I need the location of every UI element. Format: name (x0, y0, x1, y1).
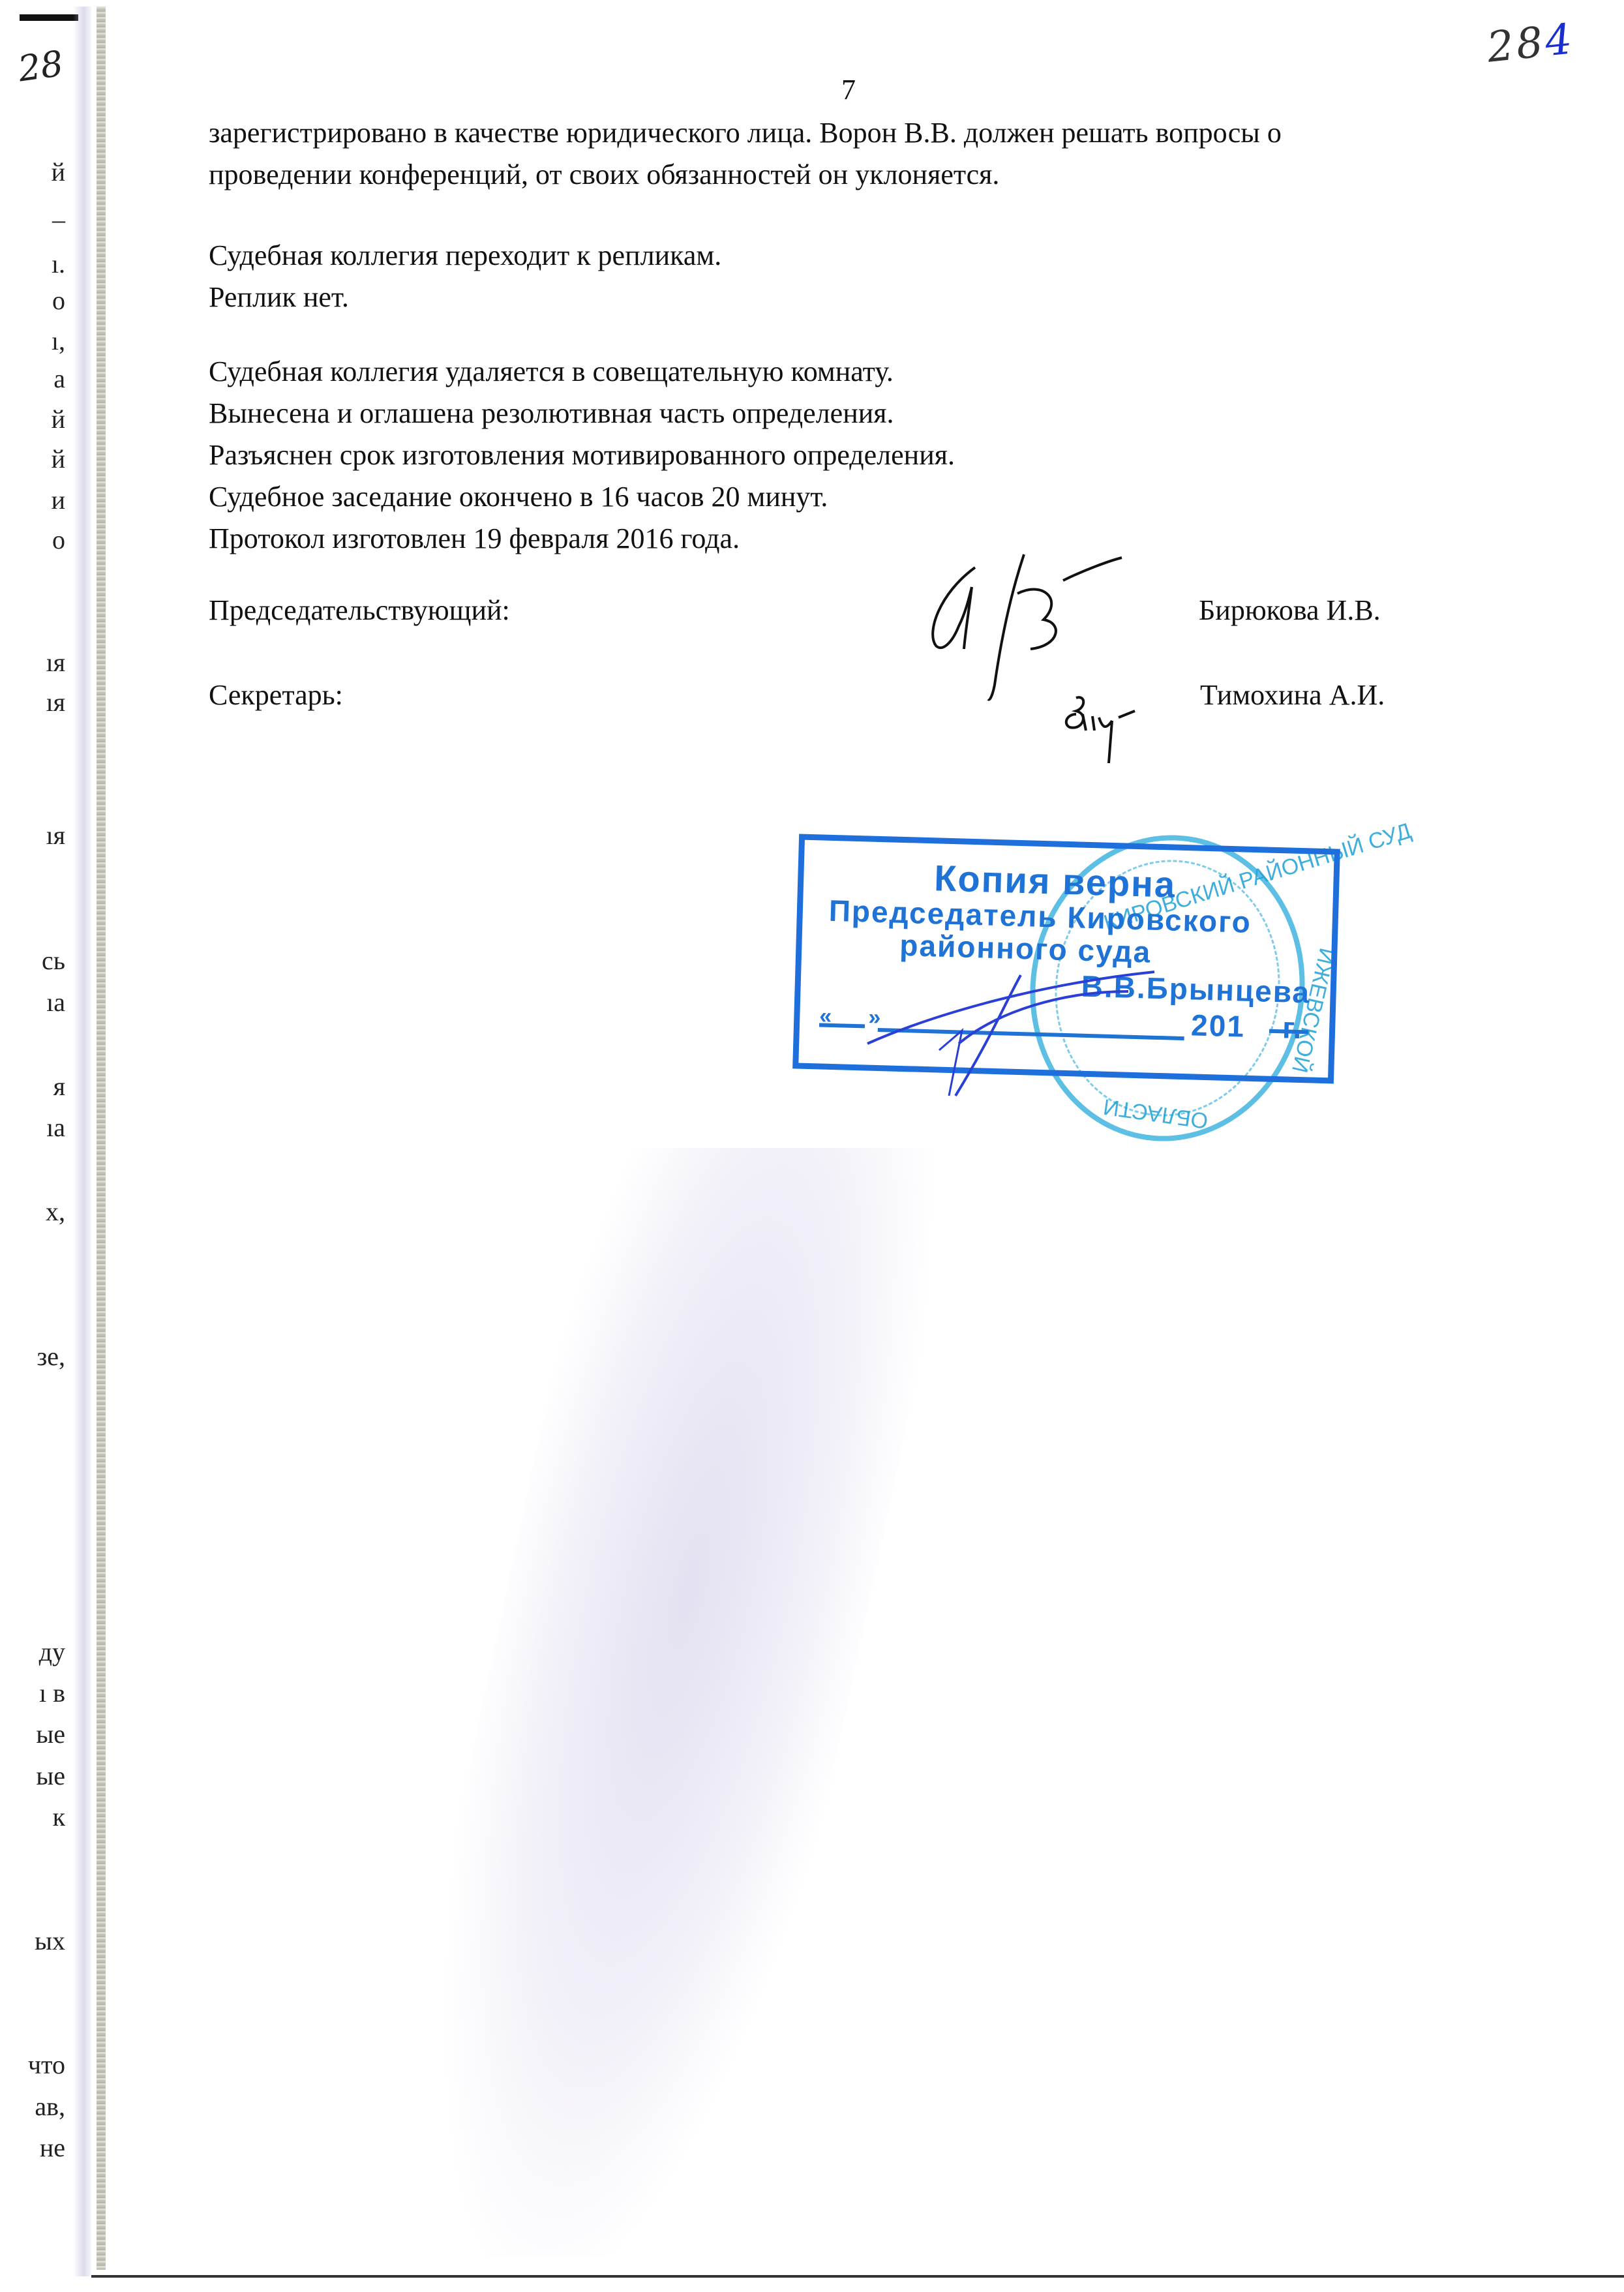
sheet-number-handwritten: 284 (1485, 15, 1577, 72)
text-line: Судебная коллегия переходит к репликам. (209, 235, 1513, 277)
text-line: зарегистрировано в качестве юридического… (209, 112, 1513, 154)
judge-signature (913, 554, 1207, 704)
margin-text-fragment: ıя (13, 650, 65, 676)
margin-text-fragment: ые (13, 1763, 65, 1789)
ink-smudge (365, 1148, 965, 2257)
text-line: Протокол изготовлен 19 февраля 2016 года… (209, 518, 1513, 560)
margin-text-fragment: ı, (13, 328, 65, 354)
margin-text-fragment: о (13, 527, 65, 553)
paragraph-3: Судебная коллегия удаляется в совещатель… (209, 351, 1513, 560)
margin-text-fragment: что (13, 2052, 65, 2078)
presiding-judge-label: Председательствующий: (209, 594, 510, 627)
scan-edge-bar (20, 14, 78, 21)
text-line: Вынесена и оглашена резолютивная часть о… (209, 393, 1513, 434)
margin-text-fragment: ıя (13, 822, 65, 849)
margin-text-fragment: ых (13, 1928, 65, 1954)
margin-text-fragment: й (13, 446, 65, 472)
margin-text-fragment: ıя (13, 689, 65, 716)
text-line: Судебная коллегия удаляется в совещатель… (209, 351, 1513, 393)
margin-text-fragment: о (13, 288, 65, 314)
margin-text-fragment: ав, (13, 2094, 65, 2120)
margin-text-fragment: ду (13, 1639, 65, 1665)
margin-text-fragment: и (13, 487, 65, 513)
paragraph-2: Судебная коллегия переходит к репликам. … (209, 235, 1513, 318)
stamp-line-3: районного суда (899, 927, 1152, 970)
margin-text-fragment: х, (13, 1199, 65, 1225)
paragraph-1: зарегистрировано в качестве юридического… (209, 112, 1513, 196)
margin-text-fragment: ıа (13, 1115, 65, 1141)
margin-text-fragment: – (13, 207, 65, 233)
secretary-name: Тимохина А.И. (1200, 678, 1385, 712)
scan-bottom-edge (91, 2275, 1624, 2278)
margin-text-fragment: й (13, 406, 65, 432)
margin-text-fragment: ые (13, 1721, 65, 1747)
margin-text-fragment: ı в (13, 1680, 65, 1706)
margin-text-fragment: а (13, 366, 65, 392)
page-number: 7 (841, 73, 856, 106)
binding-shadow (73, 7, 91, 2276)
margin-text-fragment: не (13, 2135, 65, 2161)
text-line: проведении конференций, от своих обязанн… (209, 154, 1513, 196)
margin-text-fragment: зе, (13, 1344, 65, 1370)
secretary-label: Секретарь: (209, 678, 343, 712)
text-line: Разъяснен срок изготовления мотивированн… (209, 434, 1513, 476)
binding-edge (97, 7, 106, 2270)
left-page-handwritten-number: 28 (16, 43, 66, 90)
presiding-judge-name: Бирюкова И.В. (1199, 594, 1381, 627)
margin-text-fragment: я (13, 1074, 65, 1100)
margin-text-fragment: сь (13, 948, 65, 974)
margin-text-fragment: ıа (13, 989, 65, 1016)
text-line: Реплик нет. (209, 277, 1513, 318)
margin-text-fragment: к (13, 1804, 65, 1830)
text-line: Судебное заседание окончено в 16 часов 2… (209, 476, 1513, 518)
certifying-signature (848, 965, 1304, 1096)
margin-text-fragment: ı. (13, 251, 65, 277)
secretary-signature (1057, 691, 1200, 783)
margin-text-fragment: й (13, 159, 65, 185)
